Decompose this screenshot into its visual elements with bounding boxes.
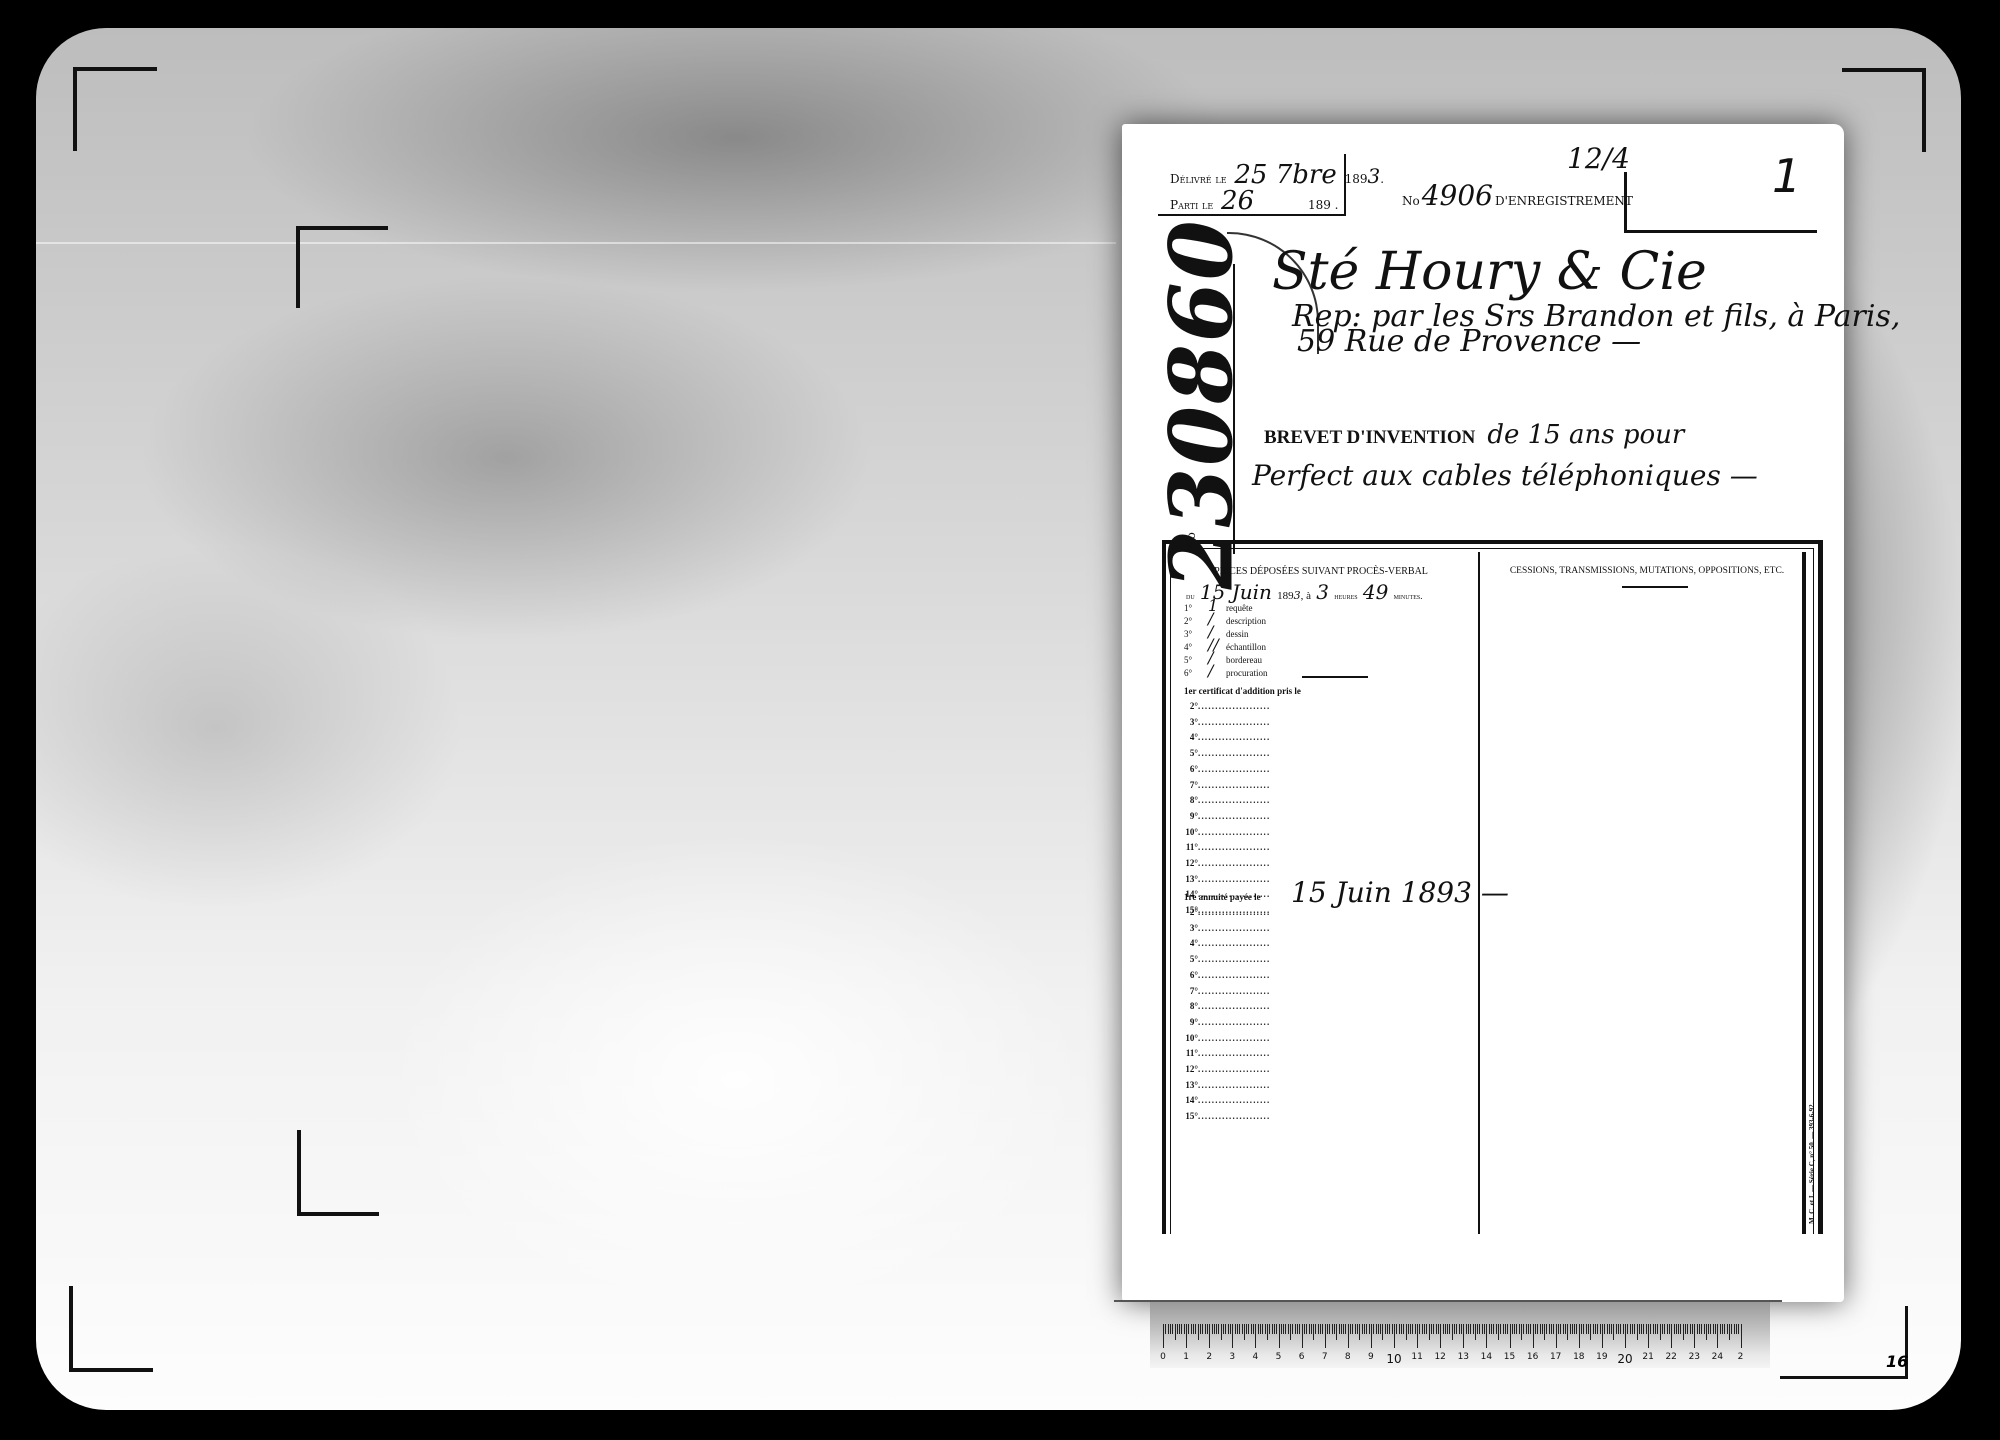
ruler-tick xyxy=(1533,1324,1534,1348)
dotted-entry-row: 13°..................... xyxy=(1178,1080,1270,1090)
piece-count-mark: / xyxy=(1208,661,1226,680)
dotted-entry-row: 7°..................... xyxy=(1178,780,1270,790)
ruler-tick xyxy=(1186,1324,1187,1348)
ruler-tick xyxy=(1576,1324,1577,1334)
ruler-tick xyxy=(1500,1324,1501,1334)
ruler-tick xyxy=(1528,1324,1529,1334)
entry-dots: ..................... xyxy=(1198,954,1270,964)
dotted-entry-row: 12°..................... xyxy=(1178,858,1270,868)
dotted-entry-row: 2°..................... xyxy=(1178,701,1270,711)
ruler-tick xyxy=(1611,1324,1612,1334)
entry-dots: ..................... xyxy=(1198,764,1270,774)
ruler-tick xyxy=(1260,1324,1261,1334)
ruler-tick xyxy=(1572,1324,1573,1334)
ruler-tick xyxy=(1470,1324,1471,1334)
ruler-tick xyxy=(1715,1324,1716,1334)
ruler-tick xyxy=(1239,1324,1240,1334)
ruler-tick xyxy=(1385,1324,1386,1334)
ruler-tick xyxy=(1581,1324,1582,1334)
ruler-tick xyxy=(1315,1324,1316,1334)
ruler-tick xyxy=(1452,1324,1453,1340)
ruler-tick xyxy=(1403,1324,1404,1334)
entry-ordinal: 9° xyxy=(1178,811,1198,821)
ruler-tick xyxy=(1295,1324,1296,1334)
ruler-tick xyxy=(1456,1324,1457,1334)
ruler-tick xyxy=(1704,1324,1705,1334)
ruler-tick xyxy=(1540,1324,1541,1334)
ruler-tick xyxy=(1438,1324,1439,1334)
ruler-tick xyxy=(1218,1324,1219,1334)
ruler-tick xyxy=(1669,1324,1670,1334)
ruler-tick xyxy=(1449,1324,1450,1334)
patent-type: BREVET D'INVENTIONde 15 ans pour xyxy=(1264,420,1684,450)
entry-dots: ..................... xyxy=(1198,938,1270,948)
ruler-tick xyxy=(1436,1324,1437,1334)
ruler-tick xyxy=(1419,1324,1420,1334)
ruler-tick xyxy=(1322,1324,1323,1334)
ruler-tick xyxy=(1701,1324,1702,1334)
ruler-tick xyxy=(1202,1324,1203,1334)
ruler-label: 22 xyxy=(1665,1352,1676,1362)
ruler-tick xyxy=(1309,1324,1310,1334)
dotted-entry-row: 14°..................... xyxy=(1178,1095,1270,1105)
cessions-rule xyxy=(1622,586,1688,588)
ruler-tick xyxy=(1214,1324,1215,1334)
dotted-entry-row: 13°..................... xyxy=(1178,874,1270,884)
annuity-first-value: 15 Juin 1893 — xyxy=(1291,876,1509,909)
ruler-label: 14 xyxy=(1481,1352,1492,1362)
ruler-tick xyxy=(1609,1324,1610,1334)
dotted-entry-row: 5°..................... xyxy=(1178,748,1270,758)
ruler-tick xyxy=(1530,1324,1531,1334)
dotted-entry-row: 12°..................... xyxy=(1178,1064,1270,1074)
entry-ordinal: 9° xyxy=(1178,1017,1198,1027)
entry-ordinal: 10° xyxy=(1178,1033,1198,1043)
ruler-tick xyxy=(1551,1324,1552,1334)
ruler-tick xyxy=(1306,1324,1307,1334)
ruler-tick xyxy=(1237,1324,1238,1334)
ruler-label: 9 xyxy=(1368,1352,1374,1362)
measurement-ruler: 0123456789101112131415161718192021222324… xyxy=(1150,1302,1770,1368)
ruler-tick xyxy=(1163,1324,1164,1348)
ruler-tick xyxy=(1253,1324,1254,1334)
entry-dots: ..................... xyxy=(1198,795,1270,805)
dotted-entry-row: 6°..................... xyxy=(1178,970,1270,980)
ruler-tick xyxy=(1168,1324,1169,1334)
certificate-first-label: 1er certificat d'addition pris le xyxy=(1184,686,1301,696)
ruler-tick xyxy=(1639,1324,1640,1334)
ruler-tick xyxy=(1650,1324,1651,1334)
ruler-label: 12 xyxy=(1434,1352,1445,1362)
entry-dots: ..................... xyxy=(1198,827,1270,837)
dotted-entry-row: 8°..................... xyxy=(1178,1001,1270,1011)
ruler-tick xyxy=(1216,1324,1217,1334)
entry-ordinal: 2° xyxy=(1178,701,1198,711)
pv-year-hand: 3 xyxy=(1294,589,1301,602)
entry-dots: ..................... xyxy=(1198,907,1270,917)
ruler-tick xyxy=(1720,1324,1721,1334)
ruler-tick xyxy=(1235,1324,1236,1334)
dotted-entry-row: 3°..................... xyxy=(1178,717,1270,727)
entry-dots: ..................... xyxy=(1198,717,1270,727)
ruler-tick xyxy=(1274,1324,1275,1334)
ruler-tick xyxy=(1708,1324,1709,1334)
entry-dots: ..................... xyxy=(1198,780,1270,790)
ruler-tick xyxy=(1630,1324,1631,1334)
ruler-tick xyxy=(1276,1324,1277,1334)
departed-label: Parti le xyxy=(1170,198,1213,212)
ruler-tick xyxy=(1479,1324,1480,1334)
ruler-tick xyxy=(1394,1324,1395,1348)
ruler-tick xyxy=(1519,1324,1520,1334)
ruler-label: 2 xyxy=(1206,1352,1212,1362)
entry-dots: ..................... xyxy=(1198,1080,1270,1090)
ruler-tick xyxy=(1297,1324,1298,1334)
ruler-tick xyxy=(1221,1324,1222,1340)
pieces-end-rule xyxy=(1302,676,1368,678)
ruler-tick xyxy=(1586,1324,1587,1334)
ruler-tick xyxy=(1408,1324,1409,1334)
ruler-tick xyxy=(1473,1324,1474,1334)
ruler-tick xyxy=(1507,1324,1508,1334)
entry-dots: ..................... xyxy=(1198,1048,1270,1058)
ruler-tick xyxy=(1664,1324,1665,1334)
entry-ordinal: 3° xyxy=(1178,717,1198,727)
ruler-tick xyxy=(1687,1324,1688,1334)
ruler-tick xyxy=(1269,1324,1270,1334)
ruler-tick xyxy=(1516,1324,1517,1334)
ruler-tick xyxy=(1535,1324,1536,1334)
ruler-tick xyxy=(1251,1324,1252,1334)
ruler-tick xyxy=(1179,1324,1180,1334)
ruler-ticks: 0123456789101112131415161718192021222324… xyxy=(1163,1324,1743,1354)
ruler-tick xyxy=(1364,1324,1365,1334)
ruler-tick xyxy=(1445,1324,1446,1334)
ruler-tick xyxy=(1223,1324,1224,1334)
ruler-label: 3 xyxy=(1229,1352,1235,1362)
entry-ordinal: 2° xyxy=(1178,907,1198,917)
ruler-tick xyxy=(1406,1324,1407,1340)
ruler-tick xyxy=(1209,1324,1210,1348)
ruler-label: 17 xyxy=(1550,1352,1561,1362)
ruler-tick xyxy=(1461,1324,1462,1334)
ruler-tick xyxy=(1475,1324,1476,1340)
ruler-tick xyxy=(1272,1324,1273,1334)
entry-dots: ..................... xyxy=(1198,842,1270,852)
ruler-tick xyxy=(1648,1324,1649,1348)
ruler-tick xyxy=(1521,1324,1522,1340)
ruler-tick xyxy=(1676,1324,1677,1334)
ruler-tick xyxy=(1431,1324,1432,1334)
register-table: PIÈCES DÉPOSÉES SUIVANT PROCÈS-VERBAL du… xyxy=(1162,540,1823,1234)
ruler-tick xyxy=(1248,1324,1249,1334)
ruler-tick xyxy=(1329,1324,1330,1334)
ruler-label: 5 xyxy=(1276,1352,1282,1362)
ruler-tick xyxy=(1489,1324,1490,1334)
dotted-entry-row: 10°..................... xyxy=(1178,1033,1270,1043)
ruler-tick xyxy=(1468,1324,1469,1334)
ruler-tick xyxy=(1191,1324,1192,1334)
ruler-tick xyxy=(1352,1324,1353,1334)
ruler-tick xyxy=(1463,1324,1464,1348)
ruler-tick xyxy=(1366,1324,1367,1334)
ruler-tick xyxy=(1514,1324,1515,1334)
ruler-tick xyxy=(1341,1324,1342,1334)
ruler-label: 2 xyxy=(1738,1352,1744,1362)
ruler-tick xyxy=(1355,1324,1356,1334)
ruler-tick xyxy=(1230,1324,1231,1334)
ruler-tick xyxy=(1387,1324,1388,1334)
ruler-tick xyxy=(1655,1324,1656,1334)
ruler-tick xyxy=(1348,1324,1349,1348)
ruler-tick xyxy=(1634,1324,1635,1334)
ruler-label: 16 xyxy=(1527,1352,1538,1362)
pv-year: 189 xyxy=(1277,590,1294,602)
dotted-entry-row: 4°..................... xyxy=(1178,938,1270,948)
ruler-tick xyxy=(1593,1324,1594,1334)
ruler-tick xyxy=(1505,1324,1506,1334)
entry-dots: ..................... xyxy=(1198,1033,1270,1043)
ruler-tick xyxy=(1734,1324,1735,1334)
ruler-tick xyxy=(1292,1324,1293,1334)
entry-ordinal: 6° xyxy=(1178,764,1198,774)
dotted-entry-row: 4°..................... xyxy=(1178,732,1270,742)
ruler-tick xyxy=(1371,1324,1372,1348)
ruler-tick xyxy=(1350,1324,1351,1334)
ruler-tick xyxy=(1246,1324,1247,1334)
pv-hour: 3 xyxy=(1316,580,1329,604)
ruler-tick xyxy=(1549,1324,1550,1334)
ruler-tick xyxy=(1313,1324,1314,1340)
entry-ordinal: 12° xyxy=(1178,1064,1198,1074)
ruler-tick xyxy=(1410,1324,1411,1334)
ruler-tick xyxy=(1637,1324,1638,1340)
ruler-tick xyxy=(1717,1324,1718,1348)
ruler-tick xyxy=(1184,1324,1185,1334)
ruler-tick xyxy=(1657,1324,1658,1334)
ruler-tick xyxy=(1336,1324,1337,1340)
entry-ordinal: 12° xyxy=(1178,858,1198,868)
dotted-entry-row: 10°..................... xyxy=(1178,827,1270,837)
ruler-tick xyxy=(1542,1324,1543,1334)
entry-dots: ..................... xyxy=(1198,858,1270,868)
ruler-tick xyxy=(1694,1324,1695,1348)
departed-line: Parti le 26 189 . xyxy=(1170,186,1339,216)
ruler-tick xyxy=(1332,1324,1333,1334)
delivered-year: 189 xyxy=(1345,172,1368,186)
ruler-tick xyxy=(1736,1324,1737,1334)
owner-name: Sté Houry & Cie xyxy=(1272,242,1707,302)
entry-ordinal: 11° xyxy=(1178,842,1198,852)
ruler-tick xyxy=(1493,1324,1494,1334)
ruler-tick xyxy=(1558,1324,1559,1334)
patent-title: Perfect aux cables téléphoniques — xyxy=(1252,459,1758,492)
departed-value: 26 xyxy=(1221,186,1254,216)
ruler-tick xyxy=(1279,1324,1280,1348)
dotted-entry-row: 8°..................... xyxy=(1178,795,1270,805)
entry-ordinal: 5° xyxy=(1178,954,1198,964)
ruler-tick xyxy=(1325,1324,1326,1348)
ruler-tick xyxy=(1643,1324,1644,1334)
ruler-tick xyxy=(1283,1324,1284,1334)
ruler-tick xyxy=(1415,1324,1416,1334)
ruler-tick xyxy=(1244,1324,1245,1340)
entry-ordinal: 7° xyxy=(1178,780,1198,790)
pieces-title: PIÈCES DÉPOSÉES SUIVANT PROCÈS-VERBAL xyxy=(1186,566,1456,577)
ruler-tick xyxy=(1579,1324,1580,1348)
ruler-tick xyxy=(1595,1324,1596,1334)
ruler-tick xyxy=(1583,1324,1584,1334)
annuity-first-label: 1re annuité payée le xyxy=(1184,892,1261,902)
ruler-tick xyxy=(1588,1324,1589,1334)
ruler-tick xyxy=(1258,1324,1259,1334)
ruler-tick xyxy=(1560,1324,1561,1334)
ruler-tick xyxy=(1627,1324,1628,1334)
ruler-tick xyxy=(1389,1324,1390,1334)
ruler-tick xyxy=(1724,1324,1725,1334)
entry-dots: ..................... xyxy=(1198,748,1270,758)
ruler-tick xyxy=(1459,1324,1460,1334)
ruler-tick xyxy=(1544,1324,1545,1340)
ruler-label: 4 xyxy=(1253,1352,1259,1362)
patent-register-page: Délivré le 25 7bre 1893. Parti le 26 189… xyxy=(1122,124,1844,1302)
ruler-tick xyxy=(1318,1324,1319,1334)
ruler-tick xyxy=(1302,1324,1303,1348)
ruler-tick xyxy=(1604,1324,1605,1334)
ruler-label: 23 xyxy=(1689,1352,1700,1362)
ruler-label: 6 xyxy=(1299,1352,1305,1362)
ruler-tick xyxy=(1623,1324,1624,1334)
ruler-label: 15 xyxy=(1504,1352,1515,1362)
entry-ordinal: 8° xyxy=(1178,1001,1198,1011)
ruler-tick xyxy=(1447,1324,1448,1334)
crop-mark-top-left-inner xyxy=(296,226,388,308)
cessions-title: CESSIONS, TRANSMISSIONS, MUTATIONS, OPPO… xyxy=(1492,566,1802,576)
dotted-entry-row: 9°..................... xyxy=(1178,1017,1270,1027)
ruler-tick xyxy=(1674,1324,1675,1334)
ruler-tick xyxy=(1417,1324,1418,1348)
ruler-tick xyxy=(1486,1324,1487,1348)
ruler-tick xyxy=(1512,1324,1513,1334)
patent-type-label: BREVET D'INVENTION xyxy=(1264,427,1475,448)
ruler-tick xyxy=(1706,1324,1707,1340)
ruler-tick xyxy=(1288,1324,1289,1334)
ruler-label: 20 xyxy=(1617,1352,1632,1366)
ruler-tick xyxy=(1255,1324,1256,1348)
entry-dots: ..................... xyxy=(1198,874,1270,884)
ruler-tick xyxy=(1382,1324,1383,1340)
entry-dots: ..................... xyxy=(1198,811,1270,821)
entry-dots: ..................... xyxy=(1198,1017,1270,1027)
entry-ordinal: 13° xyxy=(1178,1080,1198,1090)
departed-year: 189 xyxy=(1308,198,1331,212)
ruler-tick xyxy=(1443,1324,1444,1334)
crop-mark-bottom-left-outer xyxy=(69,1286,153,1372)
entry-ordinal: 13° xyxy=(1178,874,1198,884)
entry-dots: ..................... xyxy=(1198,1111,1270,1121)
ruler-tick xyxy=(1242,1324,1243,1334)
entry-ordinal: 4° xyxy=(1178,938,1198,948)
ruler-tick xyxy=(1697,1324,1698,1334)
owner-address: 59 Rue de Provence — xyxy=(1297,324,1641,359)
ruler-tick xyxy=(1412,1324,1413,1334)
ruler-tick xyxy=(1646,1324,1647,1334)
ruler-tick xyxy=(1600,1324,1601,1334)
header-bracket-right xyxy=(1344,154,1346,214)
ruler-tick xyxy=(1567,1324,1568,1340)
ruler-tick xyxy=(1553,1324,1554,1334)
ruler-label: 18 xyxy=(1573,1352,1584,1362)
dotted-entry-row: 15°..................... xyxy=(1178,1111,1270,1121)
ruler-tick xyxy=(1267,1324,1268,1340)
ruler-tick xyxy=(1590,1324,1591,1340)
ruler-tick xyxy=(1170,1324,1171,1334)
ruler-tick xyxy=(1311,1324,1312,1334)
ruler-tick xyxy=(1484,1324,1485,1334)
registration-label: D'ENREGISTREMENT xyxy=(1495,194,1633,208)
ruler-tick xyxy=(1440,1324,1441,1348)
entry-ordinal: 10° xyxy=(1178,827,1198,837)
ruler-tick xyxy=(1613,1324,1614,1340)
entry-ordinal: 6° xyxy=(1178,970,1198,980)
ruler-tick xyxy=(1343,1324,1344,1334)
ruler-tick xyxy=(1738,1324,1739,1334)
ruler-tick xyxy=(1563,1324,1564,1334)
entry-dots: ..................... xyxy=(1198,1064,1270,1074)
ruler-tick xyxy=(1722,1324,1723,1334)
ruler-tick xyxy=(1498,1324,1499,1340)
ruler-tick xyxy=(1741,1324,1742,1348)
ruler-label: 8 xyxy=(1345,1352,1351,1362)
ruler-tick xyxy=(1602,1324,1603,1348)
ruler-tick xyxy=(1373,1324,1374,1334)
table-right-border xyxy=(1802,552,1806,1234)
registration-value: 4906 xyxy=(1422,179,1493,212)
ruler-tick xyxy=(1683,1324,1684,1340)
ruler-tick xyxy=(1424,1324,1425,1334)
dotted-entry-row: 7°..................... xyxy=(1178,986,1270,996)
ruler-tick xyxy=(1345,1324,1346,1334)
ruler-tick xyxy=(1327,1324,1328,1334)
ruler-tick xyxy=(1212,1324,1213,1334)
ruler-tick xyxy=(1625,1324,1626,1348)
ruler-tick xyxy=(1369,1324,1370,1334)
dotted-entry-row: 11°..................... xyxy=(1178,1048,1270,1058)
ruler-tick xyxy=(1262,1324,1263,1334)
ruler-tick xyxy=(1304,1324,1305,1334)
ruler-tick xyxy=(1671,1324,1672,1348)
ruler-tick xyxy=(1653,1324,1654,1334)
ruler-tick xyxy=(1503,1324,1504,1334)
ruler-tick xyxy=(1699,1324,1700,1334)
folio-number: 12/4 xyxy=(1567,142,1630,175)
ruler-tick xyxy=(1690,1324,1691,1334)
ruler-tick xyxy=(1195,1324,1196,1334)
entry-ordinal: 8° xyxy=(1178,795,1198,805)
ruler-tick xyxy=(1232,1324,1233,1348)
patent-number-block: 230860 No xyxy=(1172,219,1232,559)
ruler-tick xyxy=(1641,1324,1642,1334)
page-number: 1 xyxy=(1772,149,1801,203)
ruler-tick xyxy=(1710,1324,1711,1334)
piece-label: procuration xyxy=(1226,668,1267,678)
entry-dots: ..................... xyxy=(1198,970,1270,980)
frame-number: 16 xyxy=(1886,1352,1908,1371)
entry-ordinal: 7° xyxy=(1178,986,1198,996)
ruler-tick xyxy=(1380,1324,1381,1334)
ruler-tick xyxy=(1357,1324,1358,1334)
ruler-tick xyxy=(1281,1324,1282,1334)
